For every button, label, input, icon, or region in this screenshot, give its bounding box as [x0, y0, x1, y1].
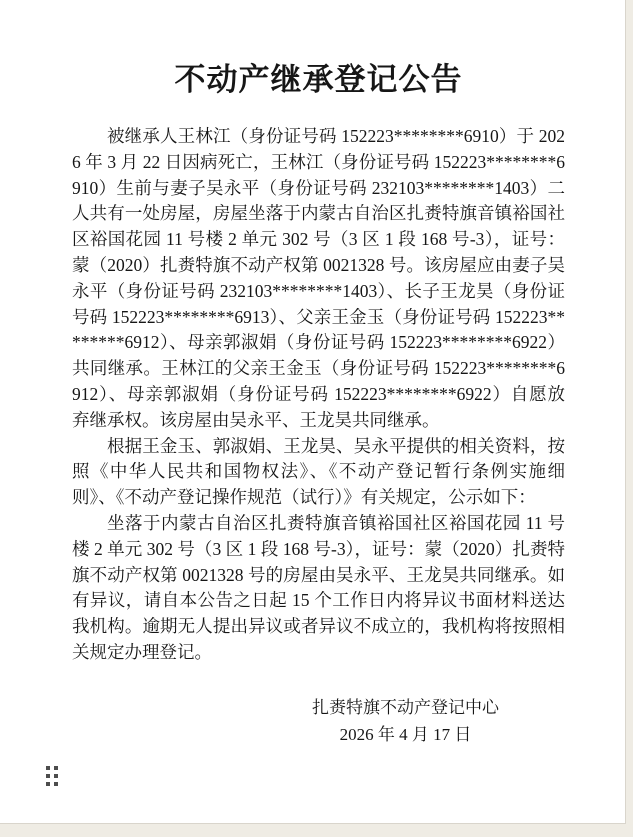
drag-handle-dot: [54, 782, 58, 786]
drag-handle-dot: [54, 766, 58, 770]
signature-block: 扎赉特旗不动产登记中心 2026 年 4 月 17 日: [312, 694, 499, 748]
document-body: 不动产继承登记公告 被继承人王林江（身份证号码 152223********69…: [0, 0, 625, 748]
paragraph-legal-basis: 根据王金玉、郭淑娟、王龙昊、吴永平提供的相关资料，按照《中华人民共和国物权法》、…: [72, 434, 565, 511]
signature-date: 2026 年 4 月 17 日: [312, 721, 499, 748]
document-title: 不动产继承登记公告: [72, 62, 565, 98]
drag-handle-icon[interactable]: [46, 766, 58, 786]
document-page: 不动产继承登记公告 被继承人王林江（身份证号码 152223********69…: [0, 0, 626, 824]
drag-handle-dot: [54, 774, 58, 778]
drag-handle-dot: [46, 782, 50, 786]
signature-org: 扎赉特旗不动产登记中心: [312, 694, 499, 721]
paragraph-public-notice: 坐落于内蒙古自治区扎赉特旗音镇裕国社区裕国花园 11 号楼 2 单元 302 号…: [72, 511, 565, 666]
drag-handle-dot: [46, 766, 50, 770]
paragraph-deceased-info: 被继承人王林江（身份证号码 152223********6910）于 2026 …: [72, 124, 565, 434]
drag-handle-dot: [46, 774, 50, 778]
